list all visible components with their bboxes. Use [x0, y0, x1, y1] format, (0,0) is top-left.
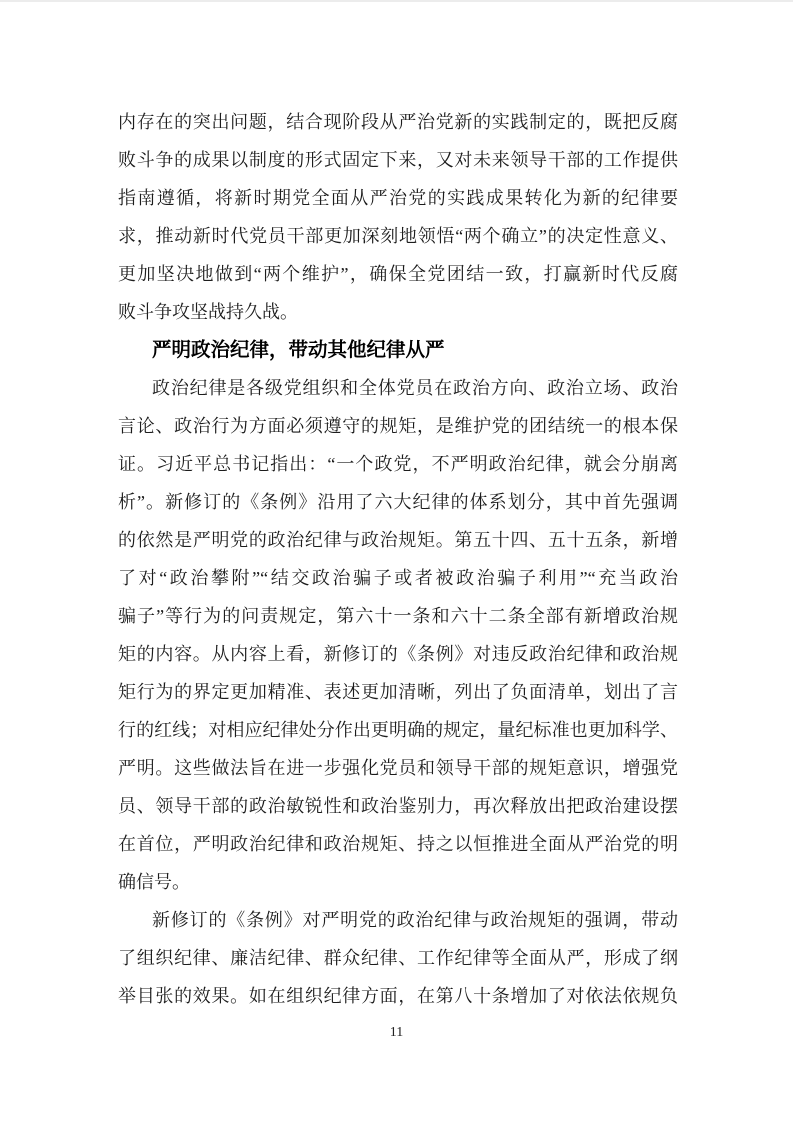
- page-body-text: 内存在的突出问题，结合现阶段从严治党新的实践制定的，既把反腐败斗争的成果以制度的…: [118, 103, 678, 1015]
- text-line: 矩的内容。从内容上看，新修订的《条例》对违反政治纪律和政治规: [118, 635, 678, 673]
- text-line: 内存在的突出问题，结合现阶段从严治党新的实践制定的，既把反腐: [118, 103, 678, 141]
- section-heading: 严明政治纪律，带动其他纪律从严: [118, 331, 678, 369]
- paragraph: 新修订的《条例》对严明党的政治纪律与政治规矩的强调，带动了组织纪律、廉洁纪律、群…: [118, 901, 678, 1015]
- text-line: 败斗争的成果以制度的形式固定下来，又对未来领导干部的工作提供: [118, 141, 678, 179]
- text-line: 骗子”等行为的问责规定，第六十一条和六十二条全部有新增政治规: [118, 597, 678, 635]
- text-line: 严明。这些做法旨在进一步强化党员和领导干部的规矩意识，增强党: [118, 749, 678, 787]
- text-line: 矩行为的界定更加精准、表述更加清晰，列出了负面清单，划出了言: [118, 673, 678, 711]
- text-line: 更加坚决地做到“两个维护”，确保全党团结一致，打赢新时代反腐: [118, 255, 678, 293]
- text-line: 析”。新修订的《条例》沿用了六大纪律的体系划分，其中首先强调: [118, 483, 678, 521]
- text-line: 新修订的《条例》对严明党的政治纪律与政治规矩的强调，带动: [118, 901, 678, 939]
- section-heading-text: 严明政治纪律，带动其他纪律从严: [118, 331, 678, 369]
- text-line: 行的红线；对相应纪律处分作出更明确的规定，量纪标准也更加科学、: [118, 711, 678, 749]
- text-line: 的依然是严明党的政治纪律与政治规矩。第五十四、五十五条，新增: [118, 521, 678, 559]
- document-page: 内存在的突出问题，结合现阶段从严治党新的实践制定的，既把反腐败斗争的成果以制度的…: [0, 0, 793, 1122]
- paragraph: 政治纪律是各级党组织和全体党员在政治方向、政治立场、政治言论、政治行为方面必须遵…: [118, 369, 678, 901]
- text-line: 确信号。: [118, 863, 678, 901]
- text-line: 举目张的效果。如在组织纪律方面，在第八十条增加了对依法依规负: [118, 977, 678, 1015]
- text-line: 败斗争攻坚战持久战。: [118, 293, 678, 331]
- page-number: 11: [0, 1022, 793, 1044]
- text-line: 求，推动新时代党员干部更加深刻地领悟“两个确立”的决定性意义、: [118, 217, 678, 255]
- text-line: 证。习近平总书记指出：“一个政党，不严明政治纪律，就会分崩离: [118, 445, 678, 483]
- text-line: 员、领导干部的政治敏锐性和政治鉴别力，再次释放出把政治建设摆: [118, 787, 678, 825]
- text-line: 言论、政治行为方面必须遵守的规矩，是维护党的团结统一的根本保: [118, 407, 678, 445]
- text-line: 了对“政治攀附”“结交政治骗子或者被政治骗子利用”“充当政治: [118, 559, 678, 597]
- paragraph: 内存在的突出问题，结合现阶段从严治党新的实践制定的，既把反腐败斗争的成果以制度的…: [118, 103, 678, 331]
- page-top-edge: [0, 0, 793, 2]
- text-line: 了组织纪律、廉洁纪律、群众纪律、工作纪律等全面从严，形成了纲: [118, 939, 678, 977]
- text-line: 在首位，严明政治纪律和政治规矩、持之以恒推进全面从严治党的明: [118, 825, 678, 863]
- text-line: 指南遵循，将新时期党全面从严治党的实践成果转化为新的纪律要: [118, 179, 678, 217]
- text-line: 政治纪律是各级党组织和全体党员在政治方向、政治立场、政治: [118, 369, 678, 407]
